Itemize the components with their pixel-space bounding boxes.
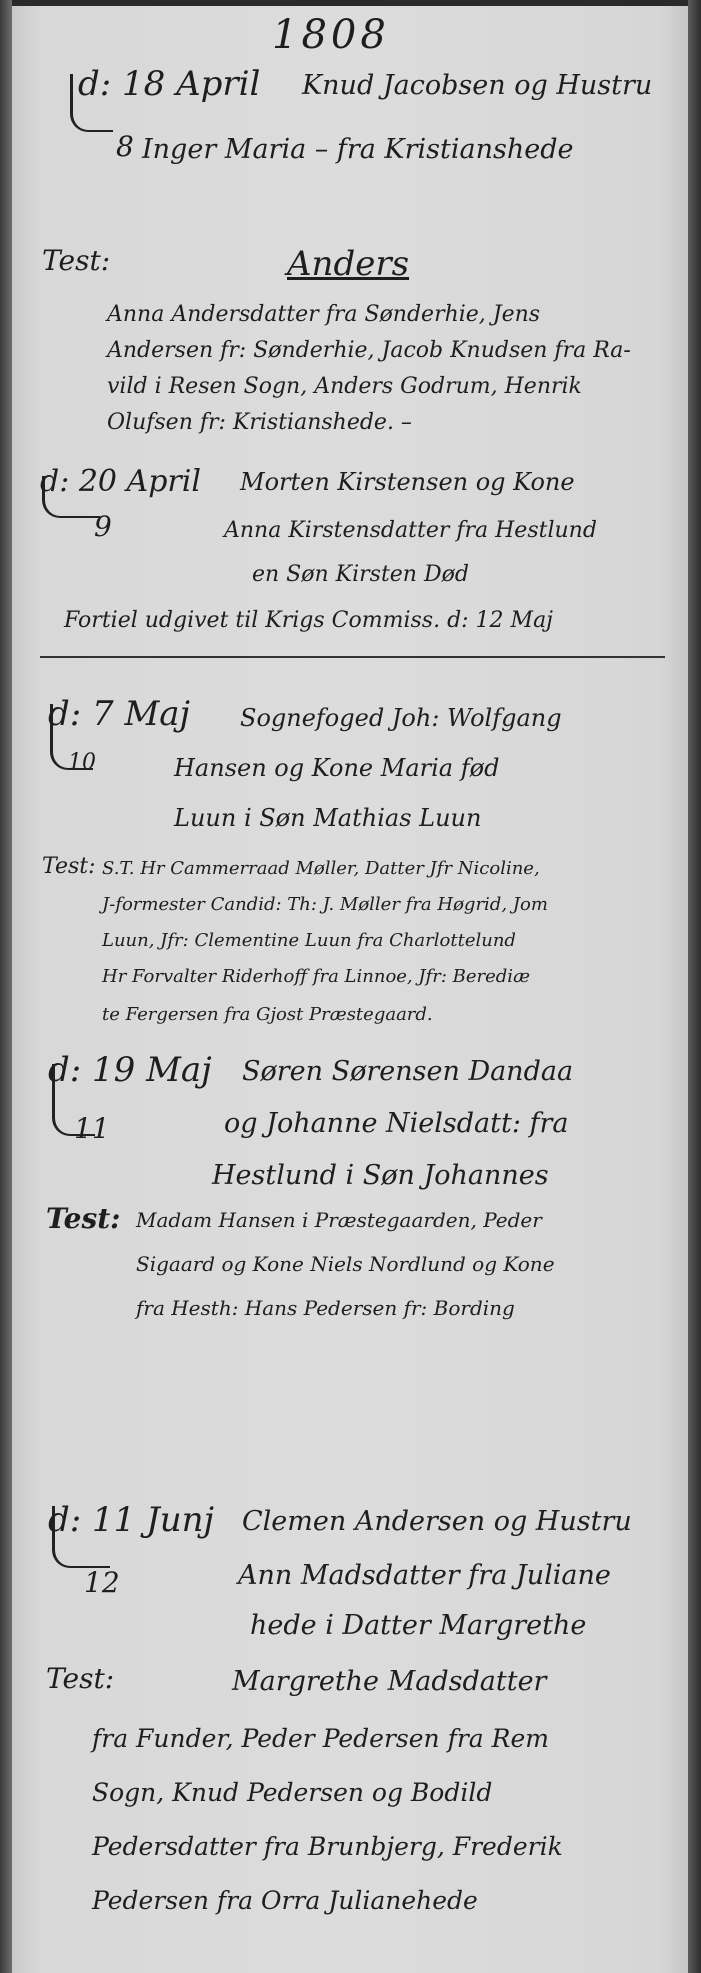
section-divider: [40, 656, 665, 658]
entry-line: Hestlund i Søn Johannes: [212, 1160, 549, 1191]
entry-line: Søren Sørensen Dandaa: [242, 1056, 573, 1087]
testes-line: fra Hesth: Hans Pedersen fr: Bording: [136, 1296, 515, 1320]
entry-date: d: 11 Junj: [48, 1500, 214, 1540]
entry-line: en Søn Kirsten Død: [252, 562, 469, 587]
testes-line: Andersen fr: Sønderhie, Jacob Knudsen fr…: [107, 338, 631, 363]
testes-label: Test:: [46, 1202, 120, 1235]
entry-number: 8: [116, 130, 134, 163]
entry-number: 12: [84, 1566, 120, 1599]
testes-line: Pedersen fra Orra Julianehede: [92, 1886, 478, 1915]
page-year: 1808: [272, 12, 390, 58]
binding-gutter-left: [0, 0, 12, 1973]
entry-date: d: 18 April: [78, 64, 260, 104]
entry-line: hede i Datter Margrethe: [250, 1610, 586, 1641]
entry-date: d: 19 Maj: [48, 1050, 212, 1090]
binding-gutter-right: [688, 0, 701, 1973]
entry-line: Ann Madsdatter fra Juliane: [238, 1560, 611, 1591]
testes-label: Test:: [42, 244, 110, 277]
child-name: Anders: [287, 244, 409, 284]
testes-line: Luun, Jfr: Clementine Luun fra Charlotte…: [102, 930, 516, 951]
entry-date: d: 7 Maj: [48, 694, 190, 734]
testes-line: fra Funder, Peder Pedersen fra Rem: [92, 1724, 549, 1753]
testes-label: Test:: [42, 854, 96, 879]
entry-line: Luun i Søn Mathias Luun: [174, 804, 481, 832]
entry-number: 11: [74, 1112, 110, 1145]
testes-line: J-formester Candid: Th: J. Møller fra Hø…: [102, 894, 548, 915]
entry-note: Fortiel udgivet til Krigs Commiss. d: 12…: [64, 608, 553, 633]
testes-label: Test:: [46, 1662, 114, 1695]
child-name: Margrethe Madsdatter: [232, 1666, 546, 1697]
testes-line: Anna Andersdatter fra Sønderhie, Jens: [107, 302, 540, 327]
testes-line: vild i Resen Sogn, Anders Godrum, Henrik: [107, 374, 582, 399]
register-page: 1808 d: 18 April 8 Knud Jacobsen og Hust…: [12, 6, 688, 1973]
testes-line: te Fergersen fra Gjost Præstegaard.: [102, 1004, 433, 1025]
testes-line: Olufsen fr: Kristianshede. –: [107, 410, 412, 435]
entry-line: Hansen og Kone Maria fød: [174, 754, 499, 782]
entry-line: Clemen Andersen og Hustru: [242, 1506, 632, 1537]
testes-line: Hr Forvalter Riderhoff fra Linnoe, Jfr: …: [102, 966, 530, 987]
testes-line: Madam Hansen i Præstegaarden, Peder: [136, 1208, 542, 1232]
entry-number: 9: [94, 510, 112, 543]
testes-line: Pedersdatter fra Brunbjerg, Frederik: [92, 1832, 563, 1861]
entry-line: Sognefoged Joh: Wolfgang: [240, 704, 562, 732]
entry-date: d: 20 April: [40, 464, 201, 499]
entry-line: Morten Kirstensen og Kone: [240, 468, 575, 496]
entry-number: 10: [68, 750, 96, 775]
testes-line: Sigaard og Kone Niels Nordlund og Kone: [136, 1252, 555, 1276]
testes-line: Sogn, Knud Pedersen og Bodild: [92, 1778, 492, 1807]
entry-line: Inger Maria – fra Kristianshede: [142, 134, 573, 165]
testes-line: S.T. Hr Cammerraad Møller, Datter Jfr Ni…: [102, 858, 540, 879]
entry-line: Knud Jacobsen og Hustru: [302, 70, 652, 101]
entry-line: og Johanne Nielsdatt: fra: [224, 1108, 569, 1139]
entry-line: Anna Kirstensdatter fra Hestlund: [224, 518, 597, 543]
